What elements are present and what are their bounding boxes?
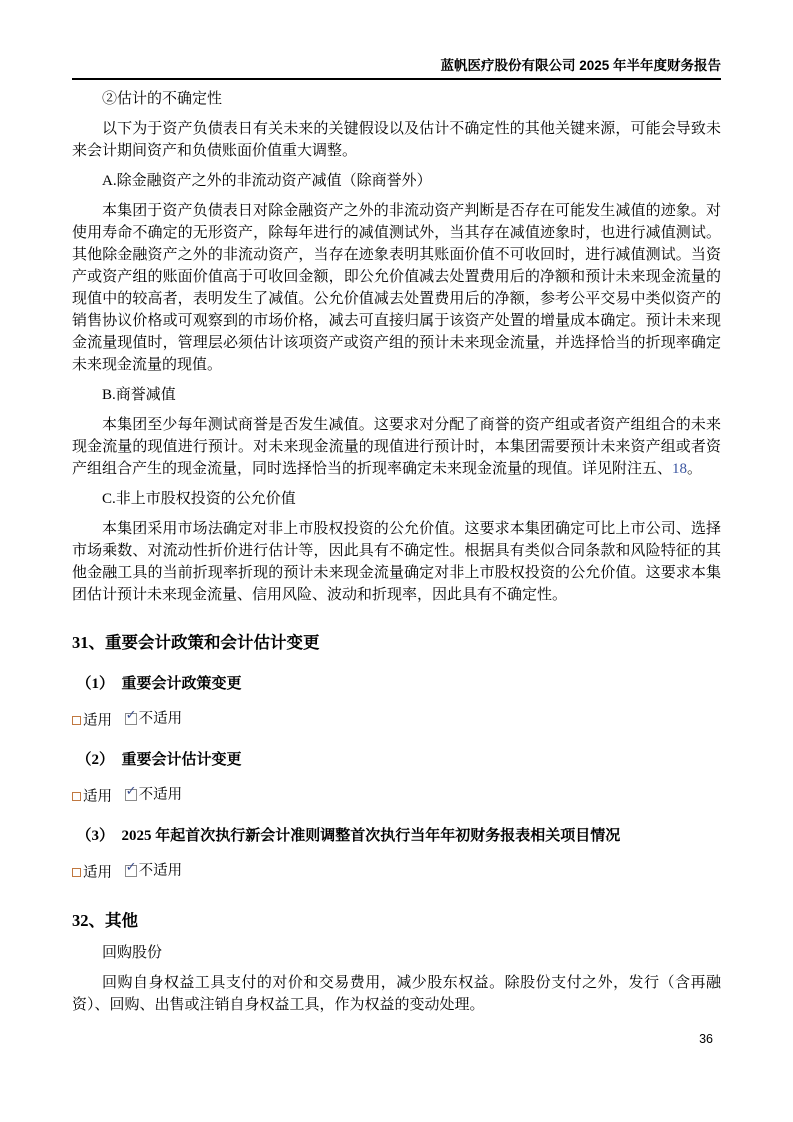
item-b-heading: B.商誉减值 xyxy=(72,384,721,406)
section-32-sub-heading: 回购股份 xyxy=(72,942,721,964)
checkbox-checked-icon: ✓ xyxy=(125,865,137,877)
page-content: ②估计的不确定性 以下为于资产负债表日有关未来的关键假设以及估计不确定性的其他关… xyxy=(72,88,721,1016)
applicable-option: 适用 xyxy=(72,862,112,884)
check-mark-icon: ✓ xyxy=(126,785,137,798)
not-applicable-option: ✓ 不适用 xyxy=(125,784,183,806)
page-number: 36 xyxy=(699,1032,713,1046)
applicability-row-1: 适用 ✓ 不适用 xyxy=(72,708,721,732)
note-reference: 18 xyxy=(672,461,687,477)
page-header: 蓝帆医疗股份有限公司 2025 年半年度财务报告 xyxy=(72,58,721,80)
applicable-label: 适用 xyxy=(83,862,112,884)
check-mark-icon: ✓ xyxy=(126,861,137,874)
checkbox-unchecked-icon xyxy=(72,792,81,801)
section-32-heading: 32、其他 xyxy=(72,908,721,934)
section-31-heading: 31、重要会计政策和会计估计变更 xyxy=(72,630,721,656)
applicable-option: 适用 xyxy=(72,786,112,808)
checkbox-checked-icon: ✓ xyxy=(125,789,137,801)
not-applicable-option: ✓ 不适用 xyxy=(125,708,183,730)
section-32-paragraph: 回购自身权益工具支付的对价和交易费用，减少股东权益。除股份支付之外，发行（含再融… xyxy=(72,972,721,1016)
not-applicable-option: ✓ 不适用 xyxy=(125,860,183,882)
checkbox-unchecked-icon xyxy=(72,716,81,725)
applicability-row-2: 适用 ✓ 不适用 xyxy=(72,784,721,808)
checkbox-unchecked-icon xyxy=(72,868,81,877)
section-31-sub3-heading: （3） 2025 年起首次执行新会计准则调整首次执行当年年初财务报表相关项目情况 xyxy=(72,825,721,847)
report-page: 蓝帆医疗股份有限公司 2025 年半年度财务报告 ②估计的不确定性 以下为于资产… xyxy=(0,0,793,1122)
section-31-sub1-heading: （1） 重要会计政策变更 xyxy=(72,673,721,695)
section-31-sub2-heading: （2） 重要会计估计变更 xyxy=(72,749,721,771)
report-header-title: 蓝帆医疗股份有限公司 2025 年半年度财务报告 xyxy=(440,58,721,73)
intro-paragraph: 以下为于资产负债表日有关未来的关键假设以及估计不确定性的其他关键来源，可能会导致… xyxy=(72,118,721,162)
item-a-heading: A.除金融资产之外的非流动资产减值（除商誉外） xyxy=(72,170,721,192)
check-mark-icon: ✓ xyxy=(126,709,137,722)
item-a-paragraph: 本集团于资产负债表日对除金融资产之外的非流动资产判断是否存在可能发生减值的迹象。… xyxy=(72,200,721,376)
item-b-paragraph-text: 本集团至少每年测试商誉是否发生减值。这要求对分配了商誉的资产组或者资产组组合的未… xyxy=(72,417,721,477)
applicable-label: 适用 xyxy=(83,786,112,808)
item-b-paragraph: 本集团至少每年测试商誉是否发生减值。这要求对分配了商誉的资产组或者资产组组合的未… xyxy=(72,414,721,480)
not-applicable-label: 不适用 xyxy=(139,784,183,806)
not-applicable-label: 不适用 xyxy=(139,860,183,882)
item-c-paragraph: 本集团采用市场法确定对非上市股权投资的公允价值。这要求本集团确定可比上市公司、选… xyxy=(72,518,721,606)
checkbox-checked-icon: ✓ xyxy=(125,713,137,725)
not-applicable-label: 不适用 xyxy=(139,708,183,730)
estimate-uncertainty-heading: ②估计的不确定性 xyxy=(72,88,721,110)
item-c-heading: C.非上市股权投资的公允价值 xyxy=(72,488,721,510)
applicable-option: 适用 xyxy=(72,710,112,732)
item-b-paragraph-end: 。 xyxy=(687,461,702,477)
applicable-label: 适用 xyxy=(83,710,112,732)
applicability-row-3: 适用 ✓ 不适用 xyxy=(72,860,721,884)
